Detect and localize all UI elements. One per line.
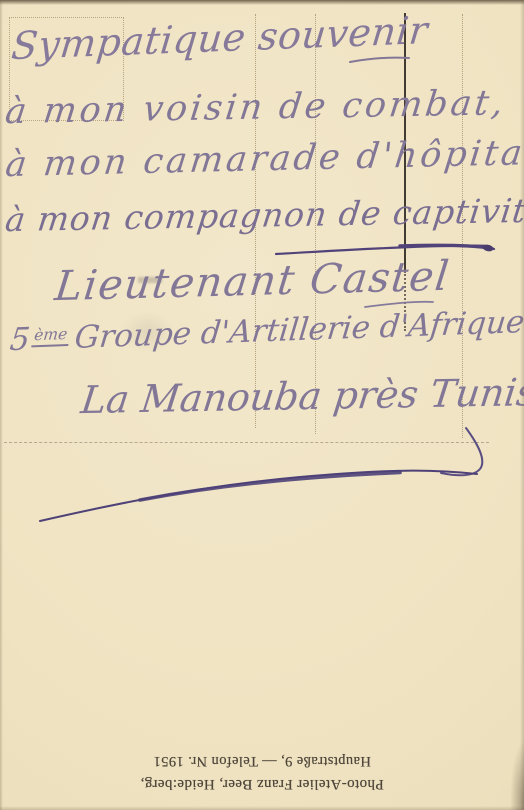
flourish-stroke [40, 471, 477, 521]
scan-edge-left [0, 0, 3, 810]
signature-location: La Manouba près Tunis [79, 370, 524, 422]
unit-ordinal-suffix: ème [31, 325, 70, 347]
imprint-studio-line: Photo-Atelier Franz Beer, Heide:berg, [70, 772, 454, 795]
dedication-line-combat: à mon voisin de combat, [3, 83, 508, 132]
postcard-back: Sympatique souvenir à mon voisin de comb… [0, 0, 524, 810]
underline-ink-blob [482, 244, 494, 253]
divider-dashed-line [4, 442, 489, 443]
dedication-line-captivite: à mon compagnon de captivité [3, 191, 524, 240]
souvenir-tail-stroke [350, 58, 409, 62]
scan-corner-shadow [510, 740, 524, 810]
signature-name: Lieutenant Castel [53, 252, 453, 310]
flourish-stroke-thick [140, 473, 400, 501]
printer-imprint: Photo-Atelier Franz Beer, Heide:berg, Ha… [70, 743, 454, 795]
unit-number: 5 [8, 321, 32, 358]
dedication-line-hopital: à mon camarade d'hôpital [3, 133, 524, 185]
castel-tail-stroke [365, 302, 433, 307]
imprint-address-line: Hauptstraße 9, — Telefon Nr. 1951 [70, 750, 454, 772]
captivite-underline-thick [400, 245, 490, 248]
signature-unit-line: 5èmeGroupe d'Artillerie d'Afrique [8, 304, 524, 358]
scan-edge-bottom [0, 806, 524, 810]
scan-edge-top [0, 0, 524, 5]
